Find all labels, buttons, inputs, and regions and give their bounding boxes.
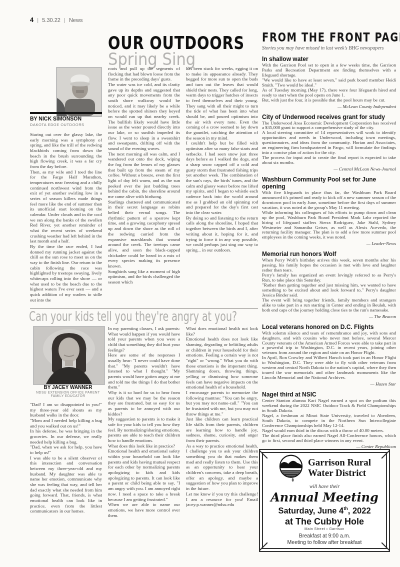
front-pages-subtitle: Stories you may have missed in last week… <box>262 46 396 52</box>
front-pages-section: FROM THE FRONT PAGES Stories you may hav… <box>262 30 396 449</box>
brief-body: When Perry Wolf's birthday arrives this … <box>262 258 396 313</box>
jacey-wanner-photo <box>33 326 105 385</box>
ad-event-date: Saturday, June 4th, 2022 <box>265 506 384 516</box>
outdoors-column-2: roots and pull up the segments of flocki… <box>108 66 180 308</box>
byline: BY NICK SIMONSON <box>30 116 110 122</box>
parenting-column-1: "Dad! I am so disappointed in you!" my t… <box>30 402 102 562</box>
ad-org-line2: Water District <box>308 469 371 479</box>
ad-content: Garrison Rural Water District will have … <box>265 454 384 545</box>
brief-headline: Local veterans honored on D.C. Flights <box>262 323 396 330</box>
man-in-cap-portrait <box>57 68 101 116</box>
brief-body: With solemn silence and tears of remembr… <box>262 331 396 381</box>
news-brief: Local veterans honored on D.C. Flights W… <box>262 323 396 386</box>
byline: BY JACEY WANNER <box>30 385 106 391</box>
ad-event-name: Annual Meeting <box>265 490 384 505</box>
brief-headline: In shallow water <box>262 56 396 63</box>
header-divider: | <box>37 18 38 24</box>
ad-org-line1: Garrison Rural <box>308 458 371 468</box>
page-number: 4 <box>30 16 34 24</box>
brief-body: Center Stanton alumna Kari Nagel earned … <box>262 399 396 444</box>
brief-body: With five lifeguards in place thus far, … <box>262 190 396 240</box>
brief-body: The Underwood Area Economic Development … <box>262 121 396 166</box>
ad-event-address: Main Street • Garrison <box>265 527 384 531</box>
parenting-column-2: In my parenting classes, I ask parents: … <box>108 326 180 561</box>
ad-event-location: at The Cubby Hole <box>265 516 384 527</box>
brief-headline: Memorial run honors Wolf <box>262 251 396 258</box>
ad-organization-name: Garrison Rural Water District <box>308 458 371 479</box>
garrison-water-district-ad: Garrison Rural Water District will have … <box>259 449 390 552</box>
news-brief: Memorial run honors Wolf When Perry Wolf… <box>262 251 396 319</box>
ad-date-year: , 2022 <box>348 506 371 515</box>
brief-attribution: — The Beacon <box>262 314 396 319</box>
page-header: 4 | 5.30.22 | News <box>30 16 140 24</box>
brief-headline: Nagel third at NSIC <box>262 391 396 398</box>
brief-attribution: — McLean County Independent <box>262 104 396 109</box>
byline-rule <box>30 112 102 114</box>
water-district-logo-icon <box>278 454 304 483</box>
section-divider-rule <box>30 308 258 309</box>
brief-attribution: — Hazen Star <box>262 382 396 387</box>
news-brief: City of Underwood receives grant for stu… <box>262 113 396 171</box>
ad-date-main: Saturday, June 4 <box>278 506 343 515</box>
ad-tagline: will have their <box>265 484 384 490</box>
ad-meeting-line: Meeting to follow after breakfast <box>265 539 384 545</box>
byline-credit: DAKOTA EDGE OUTDOORS <box>30 123 110 128</box>
nick-simonson-photo <box>56 67 102 117</box>
page-section-label: News <box>69 18 83 24</box>
brief-headline: Washburn Community Pool set for June ope… <box>262 176 396 190</box>
woman-portrait <box>34 327 104 384</box>
outdoors-byline-block: BY NICK SIMONSON DAKOTA EDGE OUTDOORS <box>30 116 110 127</box>
parenting-article-title: Can your kids tell you they're angry at … <box>29 310 237 325</box>
header-divider: | <box>64 18 65 24</box>
brief-attribution: — Central McLean News-Journal <box>262 166 396 171</box>
ad-logo-row: Garrison Rural Water District <box>265 454 384 483</box>
news-brief: Nagel third at NSIC Center Stanton alumn… <box>262 391 396 449</box>
byline-credit: NDSU EXTENSION OFFICE PARENT FAMILY EDUC… <box>30 391 106 398</box>
page-date: 5.30.22 <box>42 18 60 24</box>
outdoors-column-1: Staring out over the glassy lake, the ea… <box>30 132 102 308</box>
parenting-byline-block: BY JACEY WANNER NDSU EXTENSION OFFICE PA… <box>30 385 106 398</box>
news-brief: Washburn Community Pool set for June ope… <box>262 176 396 246</box>
brief-headline: City of Underwood receives grant for stu… <box>262 113 396 120</box>
front-pages-title: FROM THE FRONT PAGES <box>262 30 400 45</box>
news-brief: In shallow water With the Garrison Pool … <box>262 56 396 109</box>
parenting-column-3: What does emotional health not look like… <box>186 326 258 561</box>
newspaper-page: 4 | 5.30.22 | News OUR OUTDOORS Spring S… <box>0 0 400 567</box>
outdoors-column-3: has been stuck for weeks, egging it on t… <box>186 66 258 308</box>
brief-body: With the Garrison Pool set to open in a … <box>262 63 396 103</box>
ad-breakfast-line: Breakfast at 9:00 a.m. <box>265 533 384 539</box>
brief-attribution: — Leader-News <box>262 241 396 246</box>
